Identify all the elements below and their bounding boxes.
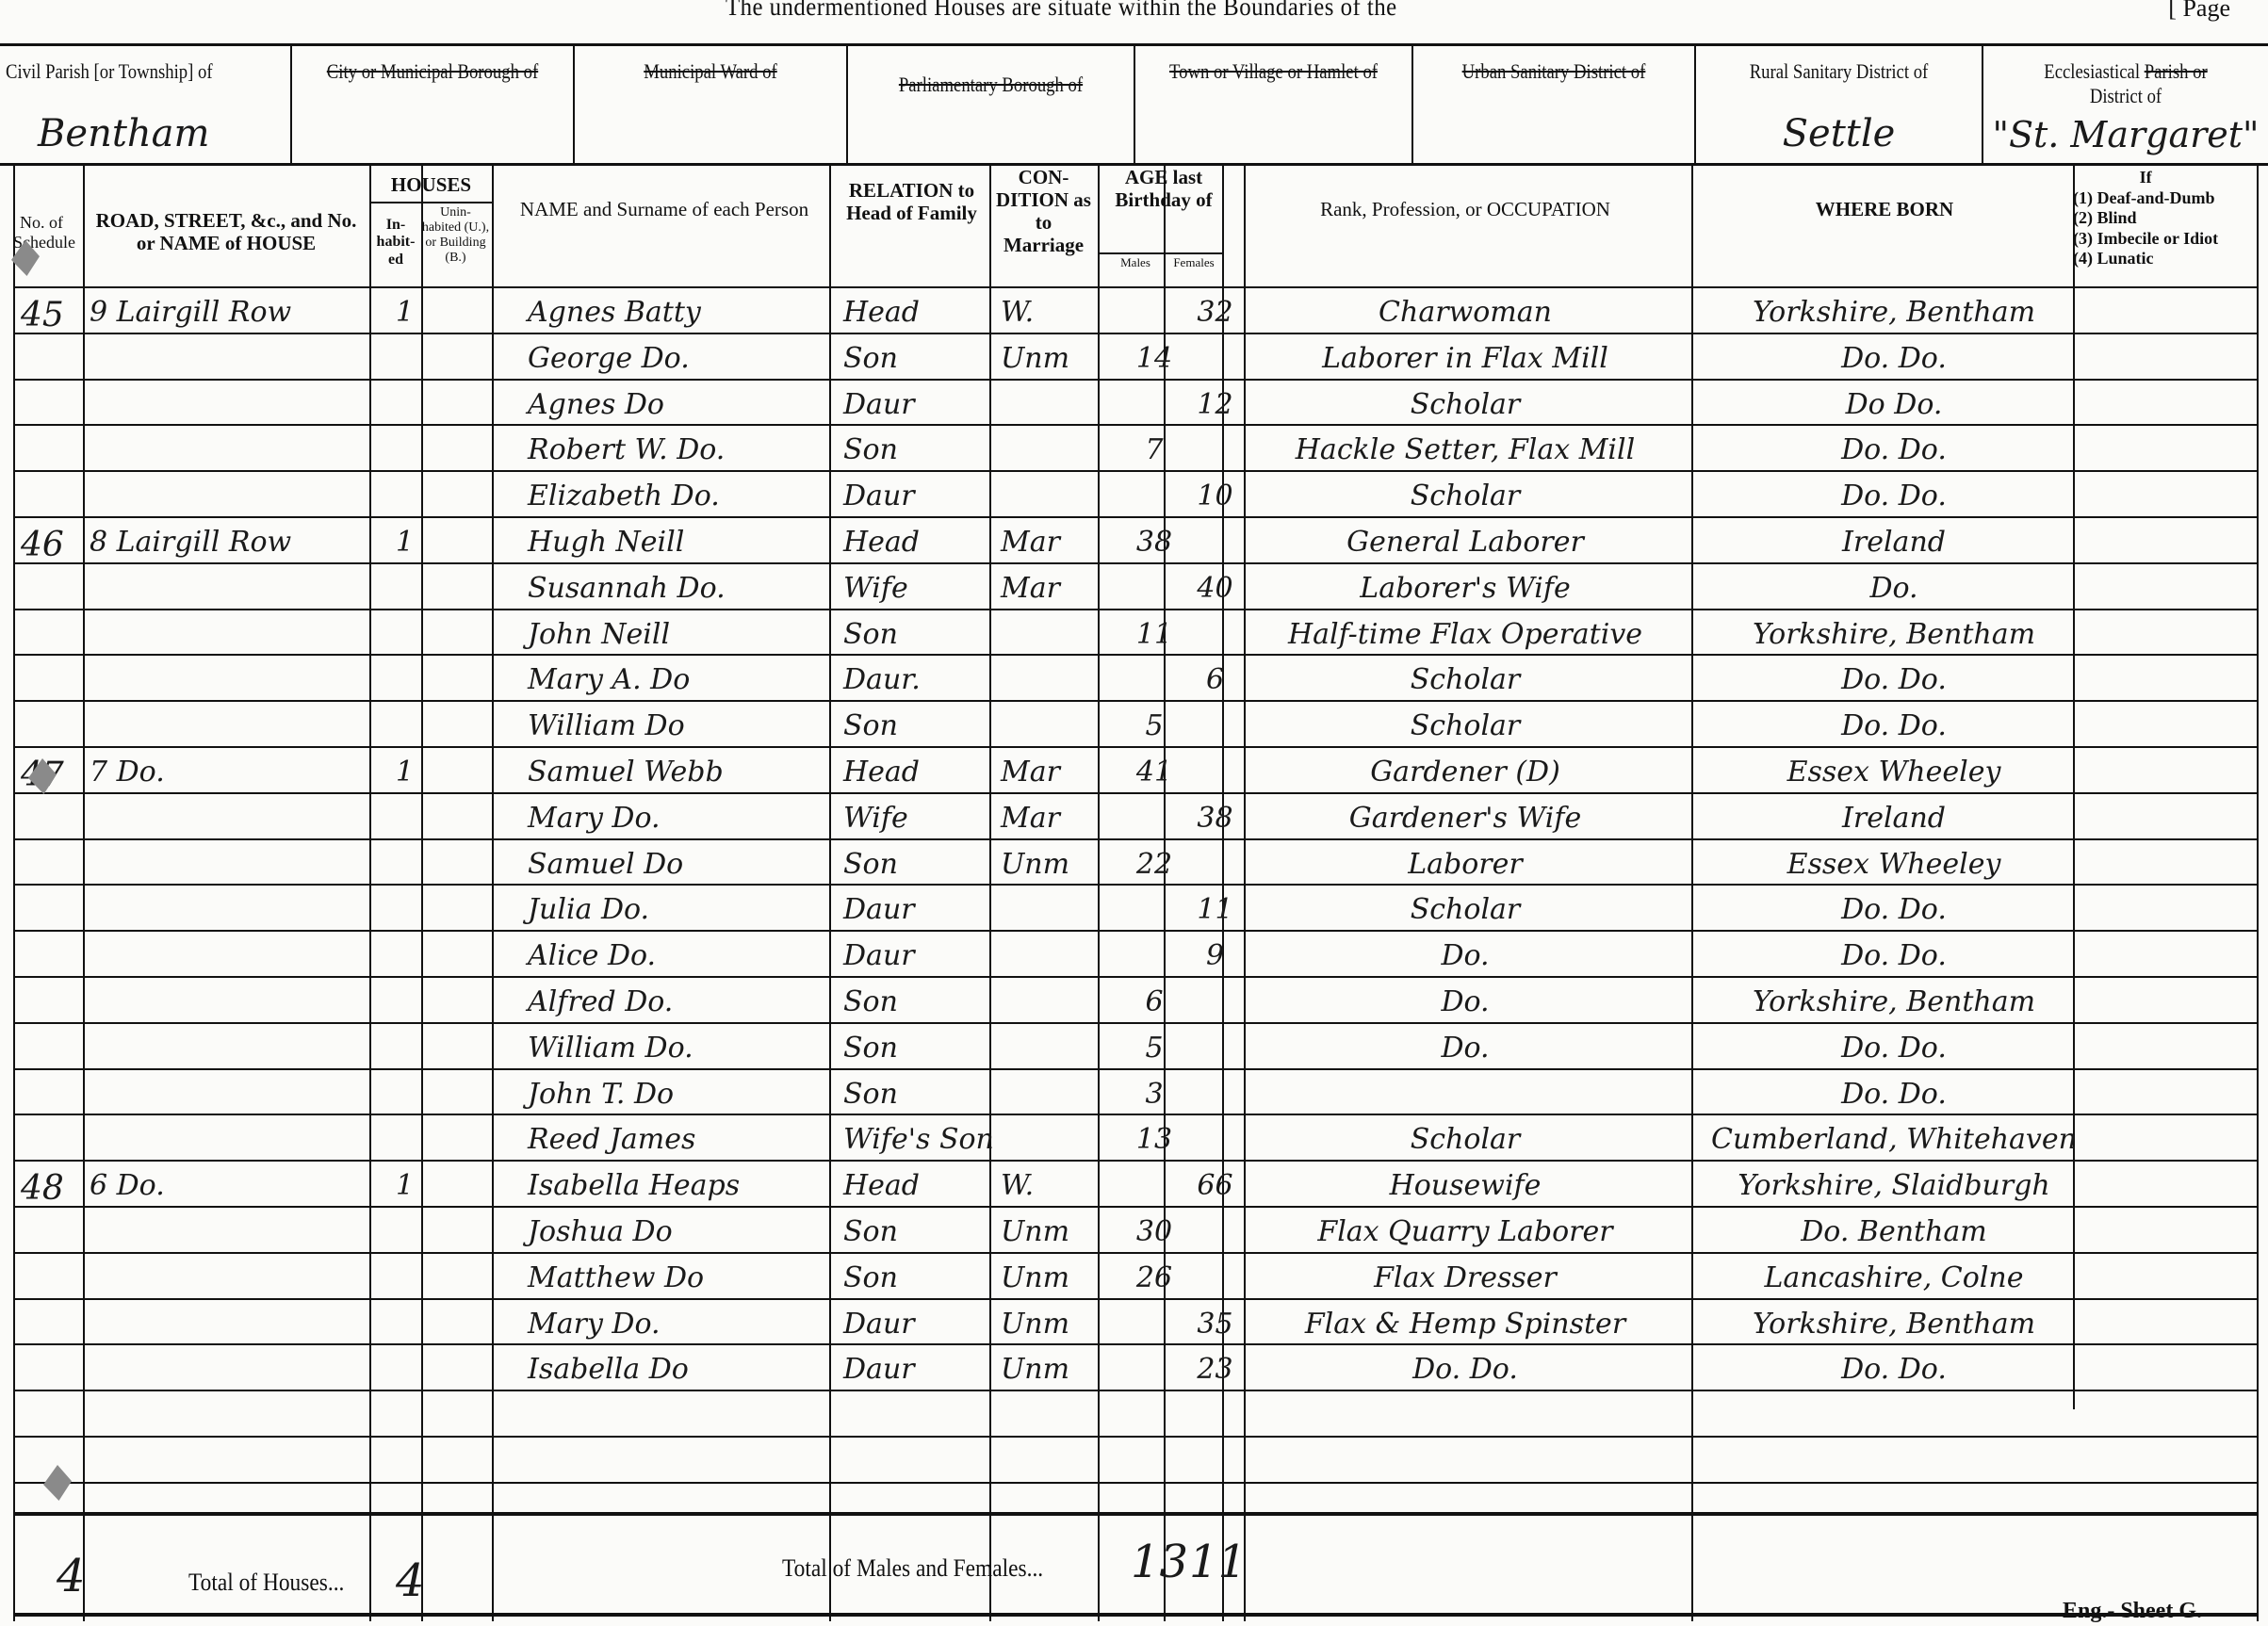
person-name: Hugh Neill <box>528 526 684 559</box>
total-males-value: 13 <box>1131 1536 1188 1588</box>
male-age: 38 <box>1131 526 1178 559</box>
col-infirmity: If (1) Deaf-and-Dumb (2) Blind (3) Imbec… <box>2073 168 2218 269</box>
birthplace: Yorkshire, Bentham <box>1696 985 2092 1018</box>
birthplace: Yorkshire, Bentham <box>1696 1308 2092 1341</box>
total-houses-value: 4 <box>396 1554 425 1607</box>
person-name: Mary A. Do <box>528 663 690 696</box>
occupation: Do. Do. <box>1244 1353 1687 1386</box>
road-address: 9 Lairgill Row <box>90 296 291 329</box>
occupation: Scholar <box>1244 893 1687 926</box>
female-age: 6 <box>1189 663 1241 696</box>
marital-condition: Unm <box>1001 1353 1069 1386</box>
marital-condition: Unm <box>1001 342 1069 375</box>
person-name: Mary Do. <box>528 1308 661 1341</box>
occupation: Laborer's Wife <box>1244 572 1687 605</box>
occupation: Scholar <box>1244 480 1687 512</box>
grid-header-rule <box>369 202 492 203</box>
birthplace: Do. Do. <box>1696 893 2092 926</box>
person-name: Matthew Do <box>528 1261 704 1294</box>
relation-to-head: Daur. <box>843 663 921 696</box>
person-name: Samuel Webb <box>528 756 724 789</box>
marital-condition: Mar <box>1001 756 1060 789</box>
road-address: 6 Do. <box>90 1169 165 1202</box>
table-row: Mary Do.DaurUnm35Flax & Hemp SpinsterYor… <box>0 1304 2268 1350</box>
table-row: Samuel DoSonUnm22LaborerEssex Wheeley <box>0 844 2268 890</box>
person-name: Isabella Heaps <box>528 1169 740 1202</box>
relation-to-head: Son <box>843 1215 898 1248</box>
municipal-borough-box: City or Municipal Borough of <box>292 46 575 163</box>
birthplace: Do. Do. <box>1696 1032 2092 1065</box>
marital-condition: W. <box>1001 296 1034 329</box>
occupation: Do. <box>1244 1032 1687 1065</box>
road-address: 8 Lairgill Row <box>90 526 291 559</box>
relation-to-head: Son <box>843 618 898 651</box>
col-name: NAME and Surname of each Person <box>499 198 829 220</box>
marital-condition: Mar <box>1001 802 1060 835</box>
occupation: Half-time Flax Operative <box>1244 618 1687 651</box>
col-uninhabited: Unin-habited (U.), or Building (B.) <box>421 205 490 266</box>
occupation: Hackle Setter, Flax Mill <box>1244 433 1687 466</box>
infirmity-4: (4) Lunatic <box>2073 249 2218 269</box>
occupation: Laborer <box>1244 848 1687 881</box>
table-row: Joshua DoSonUnm30Flax Quarry LaborerDo. … <box>0 1211 2268 1258</box>
female-age: 38 <box>1189 802 1241 835</box>
table-row: William DoSon5ScholarDo. Do. <box>0 706 2268 752</box>
female-age: 11 <box>1189 893 1241 926</box>
birthplace: Do Do. <box>1696 388 2092 421</box>
birthplace: Yorkshire, Slaidburgh <box>1696 1169 2092 1202</box>
table-row: Mary Do.WifeMar38Gardener's WifeIreland <box>0 798 2268 844</box>
occupation: Scholar <box>1244 388 1687 421</box>
female-age: 40 <box>1189 572 1241 605</box>
relation-to-head: Daur <box>843 1353 915 1386</box>
person-name: Agnes Do <box>528 388 664 421</box>
female-age: 23 <box>1189 1353 1241 1386</box>
male-age: 13 <box>1131 1123 1178 1156</box>
table-row: Isabella DoDaurUnm23Do. Do.Do. Do. <box>0 1349 2268 1395</box>
birthplace: Ireland <box>1696 526 2092 559</box>
relation-to-head: Wife's Son <box>843 1123 994 1156</box>
birthplace: Do. Do. <box>1696 663 2092 696</box>
form-banner: The undermentioned Houses are situate wi… <box>726 0 1397 22</box>
table-row: Matthew DoSonUnm26Flax DresserLancashire… <box>0 1258 2268 1304</box>
person-name: George Do. <box>528 342 690 375</box>
female-age: 9 <box>1189 939 1241 972</box>
marital-condition: Unm <box>1001 1261 1069 1294</box>
occupation: Gardener (D) <box>1244 756 1687 789</box>
female-age: 35 <box>1189 1308 1241 1341</box>
parliamentary-borough-box: Parliamentary Borough of <box>848 46 1135 163</box>
relation-to-head: Head <box>843 756 920 789</box>
table-row: 459 Lairgill Row1Agnes BattyHeadW.32Char… <box>0 292 2268 338</box>
male-age: 5 <box>1131 709 1178 742</box>
inhabited-count: 1 <box>396 526 414 559</box>
urban-sanitary-box: Urban Sanitary District of <box>1413 46 1696 163</box>
table-row: John NeillSon11Half-time Flax OperativeY… <box>0 614 2268 660</box>
ecclesiastical-label-prefix: Ecclesiastical <box>2044 59 2140 83</box>
table-row: William Do.Son5Do.Do. Do. <box>0 1028 2268 1074</box>
relation-to-head: Daur <box>843 939 915 972</box>
relation-to-head: Son <box>843 1032 898 1065</box>
female-age: 32 <box>1189 296 1241 329</box>
relation-to-head: Wife <box>843 572 908 605</box>
col-where-born: WHERE BORN <box>1696 198 2073 220</box>
table-row: Reed JamesWife's Son13ScholarCumberland,… <box>0 1119 2268 1165</box>
male-age: 41 <box>1131 756 1178 789</box>
birthplace: Do. <box>1696 572 2092 605</box>
schedule-number: 45 <box>21 296 64 334</box>
civil-parish-label: Civil Parish [or Township] of <box>6 59 248 84</box>
occupation: Charwoman <box>1244 296 1687 329</box>
urban-sanitary-label: Urban Sanitary District of <box>1434 59 1672 84</box>
birthplace: Do. Do. <box>1696 342 2092 375</box>
birthplace: Yorkshire, Bentham <box>1696 618 2092 651</box>
person-name: Robert W. Do. <box>528 433 725 466</box>
occupation: Scholar <box>1244 1123 1687 1156</box>
table-row: 477 Do.1Samuel WebbHeadMar41Gardener (D)… <box>0 752 2268 798</box>
occupation: General Laborer <box>1244 526 1687 559</box>
person-name: Samuel Do <box>528 848 683 881</box>
birthplace: Do. Do. <box>1696 480 2092 512</box>
houses-count-left: 4 <box>57 1550 86 1602</box>
relation-to-head: Son <box>843 1078 898 1111</box>
grid-row-rule <box>13 1436 2257 1438</box>
schedule-number: 48 <box>21 1169 64 1208</box>
relation-to-head: Wife <box>843 802 908 835</box>
relation-to-head: Daur <box>843 480 915 512</box>
district-header: Civil Parish [or Township] of Bentham Ci… <box>0 43 2268 166</box>
person-name: John T. Do <box>528 1078 674 1111</box>
col-females: Females <box>1166 256 1222 270</box>
table-row: Alice Do.Daur9Do.Do. Do. <box>0 935 2268 982</box>
occupation: Laborer in Flax Mill <box>1244 342 1687 375</box>
parliamentary-borough-label: Parliamentary Borough of <box>870 59 1113 97</box>
marital-condition: Unm <box>1001 1215 1069 1248</box>
relation-to-head: Daur <box>843 1308 915 1341</box>
relation-to-head: Son <box>843 985 898 1018</box>
marital-condition: Mar <box>1001 572 1060 605</box>
municipal-ward-box: Municipal Ward of <box>575 46 848 163</box>
occupation: Do. <box>1244 939 1687 972</box>
table-row: 486 Do.1Isabella HeapsHeadW.66HousewifeY… <box>0 1165 2268 1211</box>
male-age: 6 <box>1131 985 1178 1018</box>
ecclesiastical-district-box: Ecclesiastical Parish or District of "St… <box>1983 46 2268 163</box>
male-age: 11 <box>1131 618 1178 651</box>
occupation: Housewife <box>1244 1169 1687 1202</box>
occupation: Do. <box>1244 985 1687 1018</box>
person-name: Julia Do. <box>528 893 649 926</box>
col-condition: CON-DITION as to Marriage <box>994 166 1093 257</box>
relation-to-head: Son <box>843 1261 898 1294</box>
table-row: Elizabeth Do.Daur10ScholarDo. Do. <box>0 476 2268 522</box>
birthplace: Do. Do. <box>1696 709 2092 742</box>
infirmity-if: If <box>2073 168 2218 188</box>
grid-row-rule <box>13 286 2257 288</box>
table-row: John T. DoSon3Do. Do. <box>0 1074 2268 1120</box>
total-people-label: Total of Males and Females... <box>782 1554 1043 1583</box>
male-age: 30 <box>1131 1215 1178 1248</box>
birthplace: Ireland <box>1696 802 2092 835</box>
inhabited-count: 1 <box>396 1169 414 1202</box>
birthplace: Lancashire, Colne <box>1696 1261 2092 1294</box>
marital-condition: W. <box>1001 1169 1034 1202</box>
table-row: 468 Lairgill Row1Hugh NeillHeadMar38Gene… <box>0 522 2268 568</box>
occupation: Scholar <box>1244 663 1687 696</box>
table-row: George Do.SonUnm14Laborer in Flax MillDo… <box>0 338 2268 384</box>
punch-marker <box>43 1465 72 1501</box>
person-name: John Neill <box>528 618 670 651</box>
civil-parish-value: Bentham <box>0 112 290 155</box>
infirmity-2: (2) Blind <box>2073 208 2218 229</box>
person-name: Isabella Do <box>528 1353 689 1386</box>
schedule-number: 46 <box>21 526 64 564</box>
rural-sanitary-box: Rural Sanitary District of Settle <box>1696 46 1983 163</box>
occupation: Flax Dresser <box>1244 1261 1687 1294</box>
infirmity-1: (1) Deaf-and-Dumb <box>2073 188 2218 209</box>
occupation: Scholar <box>1244 709 1687 742</box>
female-age: 66 <box>1189 1169 1241 1202</box>
relation-to-head: Head <box>843 296 920 329</box>
marital-condition: Unm <box>1001 848 1069 881</box>
total-houses-label: Total of Houses... <box>188 1569 344 1597</box>
relation-to-head: Daur <box>843 388 915 421</box>
birthplace: Cumberland, Whitehaven <box>1696 1123 2092 1156</box>
male-age: 7 <box>1131 433 1178 466</box>
municipal-borough-label: City or Municipal Borough of <box>313 59 551 84</box>
male-age: 5 <box>1131 1032 1178 1065</box>
col-road: ROAD, STREET, &c., and No. or NAME of HO… <box>85 209 367 254</box>
grid-row-rule <box>13 1482 2257 1484</box>
person-name: Agnes Batty <box>528 296 701 329</box>
infirmity-3: (3) Imbecile or Idiot <box>2073 229 2218 250</box>
ecclesiastical-label-suffix: District of <box>2090 84 2162 107</box>
marital-condition: Unm <box>1001 1308 1069 1341</box>
birthplace: Do. Do. <box>1696 1078 2092 1111</box>
sheet-label: Eng.- Sheet G. <box>2063 1599 2202 1624</box>
bottom-rule <box>13 1613 2257 1617</box>
col-males: Males <box>1107 256 1164 270</box>
male-age: 3 <box>1131 1078 1178 1111</box>
female-age: 10 <box>1189 480 1241 512</box>
table-row: Mary A. DoDaur.6ScholarDo. Do. <box>0 659 2268 706</box>
municipal-ward-label: Municipal Ward of <box>596 59 826 84</box>
relation-to-head: Son <box>843 848 898 881</box>
birthplace: Do. Bentham <box>1696 1215 2092 1248</box>
person-name: Joshua Do <box>528 1215 673 1248</box>
inhabited-count: 1 <box>396 296 414 329</box>
relation-to-head: Daur <box>843 893 915 926</box>
grid-header-rule <box>1098 252 1222 254</box>
person-name: Susannah Do. <box>528 572 726 605</box>
birthplace: Do. Do. <box>1696 433 2092 466</box>
rural-sanitary-label: Rural Sanitary District of <box>1718 59 1961 84</box>
person-name: Elizabeth Do. <box>528 480 720 512</box>
col-inhabited: In-habit-ed <box>372 217 419 268</box>
page-number-label: [ Page <box>2168 0 2230 23</box>
civil-parish-box: Civil Parish [or Township] of Bentham <box>0 46 292 163</box>
town-village-box: Town or Village or Hamlet of <box>1135 46 1413 163</box>
marital-condition: Mar <box>1001 526 1060 559</box>
table-row: Julia Do.Daur11ScholarDo. Do. <box>0 889 2268 935</box>
ecclesiastical-value: "St. Margaret" <box>1983 114 2268 155</box>
table-row: Robert W. Do.Son7Hackle Setter, Flax Mil… <box>0 430 2268 476</box>
birthplace: Do. Do. <box>1696 939 2092 972</box>
occupation: Flax Quarry Laborer <box>1244 1215 1687 1248</box>
occupation: Gardener's Wife <box>1244 802 1687 835</box>
table-row: Alfred Do.Son6Do.Yorkshire, Bentham <box>0 982 2268 1028</box>
rural-sanitary-value: Settle <box>1696 112 1982 155</box>
person-name: Alfred Do. <box>528 985 673 1018</box>
male-age: 14 <box>1131 342 1178 375</box>
male-age: 22 <box>1131 848 1178 881</box>
inhabited-count: 1 <box>396 756 414 789</box>
table-row: Susannah Do.WifeMar40Laborer's WifeDo. <box>0 568 2268 614</box>
relation-to-head: Son <box>843 342 898 375</box>
road-address: 7 Do. <box>90 756 165 789</box>
relation-to-head: Son <box>843 433 898 466</box>
relation-to-head: Son <box>843 709 898 742</box>
col-relation: RELATION to Head of Family <box>834 179 989 224</box>
table-row: Agnes DoDaur12ScholarDo Do. <box>0 384 2268 431</box>
col-houses: HOUSES <box>372 173 490 196</box>
col-occupation: Rank, Profession, or OCCUPATION <box>1244 198 1687 220</box>
ecclesiastical-label-struck: Parish or <box>2145 59 2208 83</box>
relation-to-head: Head <box>843 1169 920 1202</box>
occupation: Flax & Hemp Spinster <box>1244 1308 1687 1341</box>
female-age: 12 <box>1189 388 1241 421</box>
person-name: Reed James <box>528 1123 695 1156</box>
birthplace: Do. Do. <box>1696 1353 2092 1386</box>
birthplace: Essex Wheeley <box>1696 848 2092 881</box>
birthplace: Yorkshire, Bentham <box>1696 296 2092 329</box>
birthplace: Essex Wheeley <box>1696 756 2092 789</box>
male-age: 26 <box>1131 1261 1178 1294</box>
total-females-value: 11 <box>1189 1536 1247 1588</box>
person-name: Alice Do. <box>528 939 656 972</box>
person-name: William Do <box>528 709 685 742</box>
relation-to-head: Head <box>843 526 920 559</box>
totals-rule <box>13 1512 2257 1516</box>
town-village-label: Town or Village or Hamlet of <box>1156 59 1391 84</box>
person-name: Mary Do. <box>528 802 661 835</box>
person-name: William Do. <box>528 1032 693 1065</box>
